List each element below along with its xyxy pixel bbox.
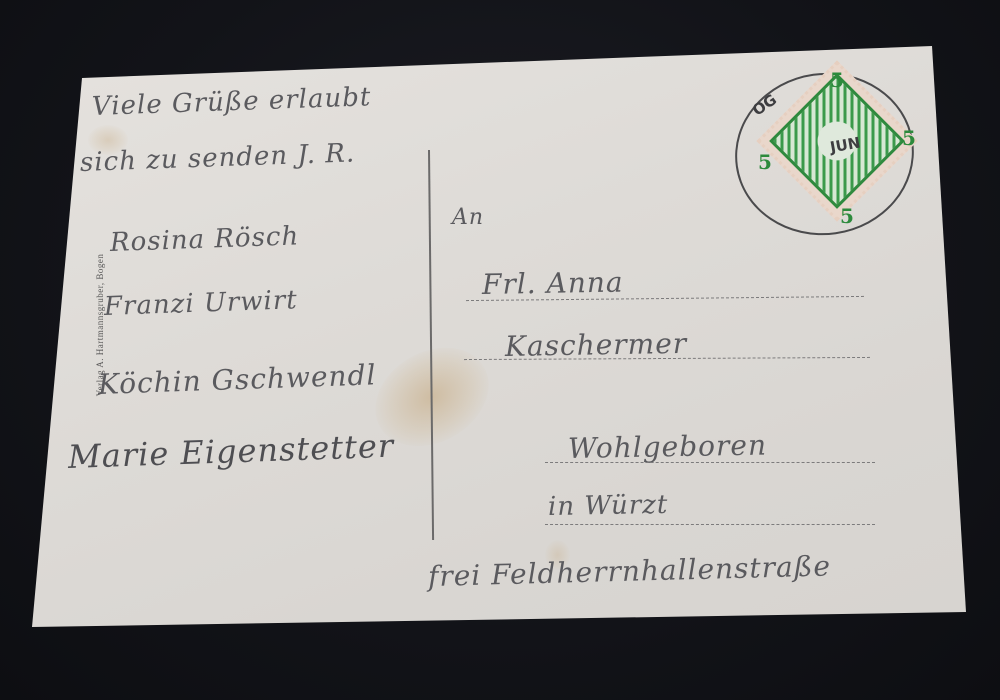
postcard: Verlag A. Hartmannsgruber, Bogen Viele G… <box>0 0 1000 700</box>
message-signature: Köchin Gschwendl <box>97 358 377 401</box>
divider-line <box>428 150 434 540</box>
stamp-denomination: 5 <box>758 150 772 174</box>
stamp-denomination: 5 <box>830 68 844 92</box>
postage-stamp: 5 5 5 5 JUN OG <box>742 66 932 236</box>
stamp-denomination: 5 <box>902 126 916 150</box>
address-line: Wohlgeboren <box>568 429 768 465</box>
address-line: Frl. Anna <box>482 266 624 301</box>
message-signature: Marie Eigenstetter <box>67 427 394 476</box>
postmark-text: OG <box>749 90 780 119</box>
address-line: in Würzt <box>548 490 669 522</box>
address-rule <box>545 524 875 525</box>
address-street: frei Feldherrnhallenstraße <box>428 549 832 593</box>
stamp-denomination: 5 <box>840 204 854 228</box>
message-signature: Rosina Rösch <box>109 221 299 258</box>
message-line: Viele Grüße erlaubt <box>91 82 371 122</box>
address-rule <box>545 462 875 463</box>
message-signature: Franzi Urwirt <box>103 285 298 322</box>
address-salutation: An <box>452 205 484 230</box>
